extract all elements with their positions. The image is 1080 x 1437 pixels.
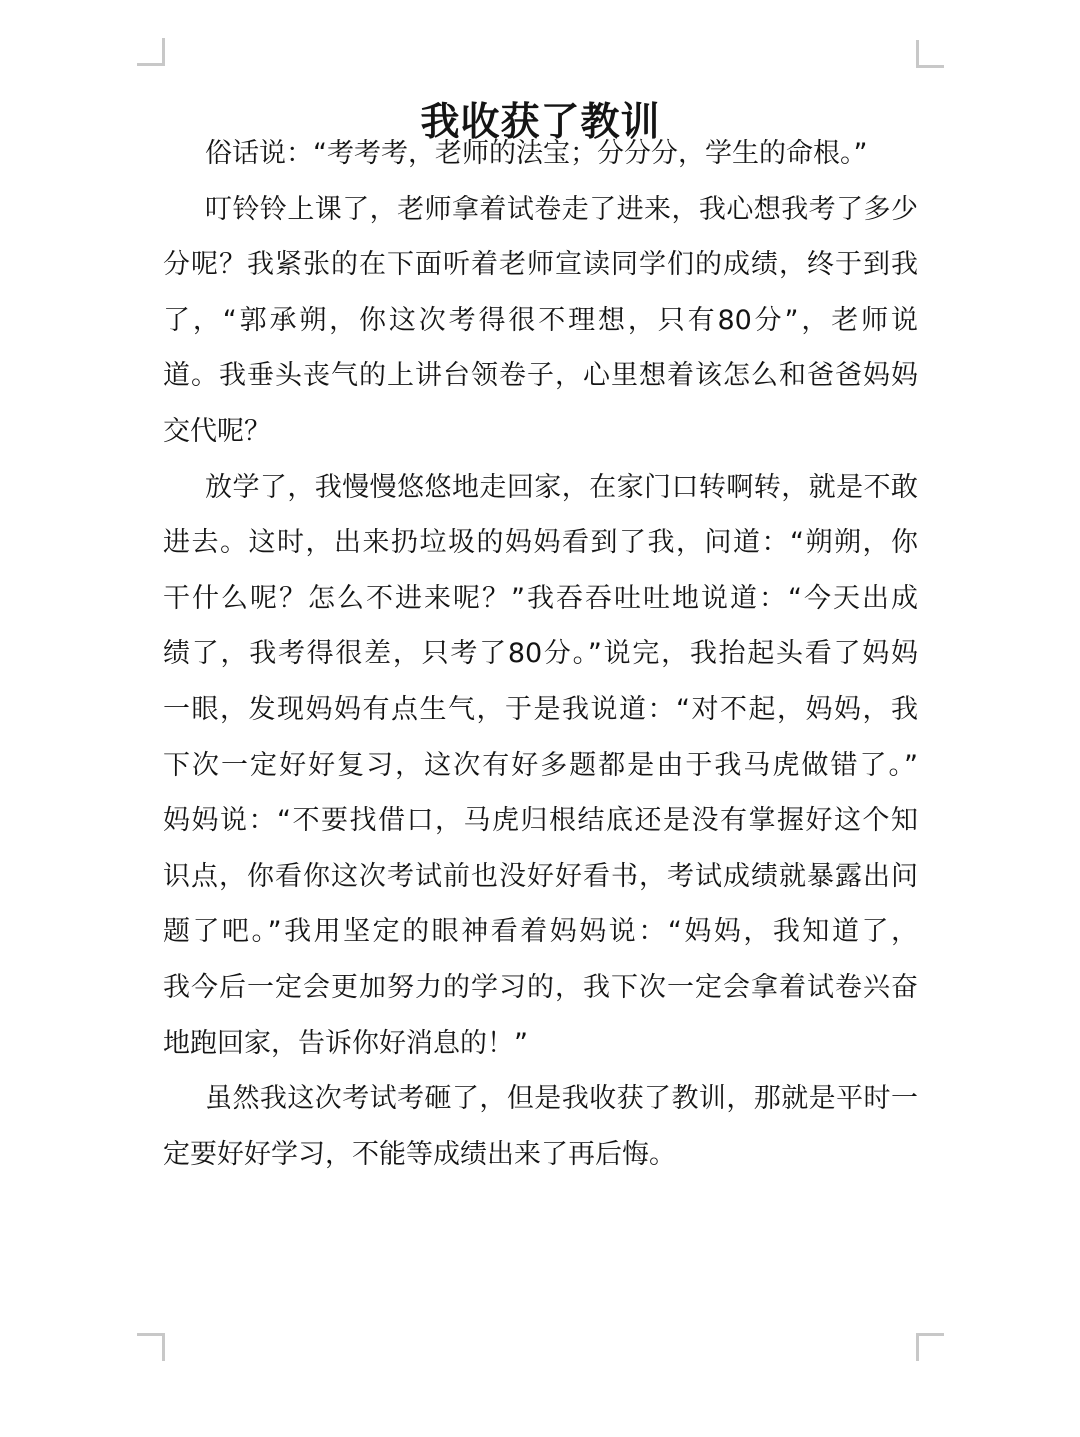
text-line: 俗话说：“考考考，老师的法宝；分分分，学生的命根。” [163, 126, 918, 182]
text-line: 我今后一定会更加努力的学习的，我下次一定会拿着试卷兴奋 [163, 960, 918, 1016]
text-line: 道。我垂头丧气的上讲台领卷子，心里想着该怎么和爸爸妈妈 [163, 348, 918, 404]
crop-mark-top-right-icon [916, 40, 944, 68]
document-page: 我收获了教训 俗话说：“考考考，老师的法宝；分分分，学生的命根。” 叮铃铃上课了… [0, 0, 1080, 1437]
paragraph-4: 虽然我这次考试考砸了，但是我收获了教训，那就是平时一 定要好好学习，不能等成绩出… [163, 1071, 918, 1182]
text-line: 了，“郭承朔，你这次考得很不理想，只有80分”，老师说 [163, 293, 918, 349]
text-line: 定要好好学习，不能等成绩出来了再后悔。 [163, 1127, 918, 1183]
crop-mark-bottom-left-icon [137, 1333, 165, 1361]
text-line: 绩了，我考得很差，只考了80分。”说完，我抬起头看了妈妈 [163, 626, 918, 682]
text-line: 妈妈说：“不要找借口，马虎归根结底还是没有掌握好这个知 [163, 793, 918, 849]
text-line: 识点，你看你这次考试前也没好好看书，考试成绩就暴露出问 [163, 849, 918, 905]
document-body: 俗话说：“考考考，老师的法宝；分分分，学生的命根。” 叮铃铃上课了，老师拿着试卷… [163, 126, 918, 1182]
text-line: 干什么呢？怎么不进来呢？”我吞吞吐吐地说道：“今天出成 [163, 571, 918, 627]
text-line: 虽然我这次考试考砸了，但是我收获了教训，那就是平时一 [163, 1071, 918, 1127]
paragraph-1: 俗话说：“考考考，老师的法宝；分分分，学生的命根。” [163, 126, 918, 182]
text-line: 题了吧。”我用坚定的眼神看着妈妈说：“妈妈，我知道了， [163, 904, 918, 960]
paragraph-2: 叮铃铃上课了，老师拿着试卷走了进来，我心想我考了多少 分呢？我紧张的在下面听着老… [163, 182, 918, 460]
text-line: 下次一定好好复习，这次有好多题都是由于我马虎做错了。” [163, 738, 918, 794]
text-line: 叮铃铃上课了，老师拿着试卷走了进来，我心想我考了多少 [163, 182, 918, 238]
text-line: 地跑回家，告诉你好消息的！” [163, 1016, 918, 1072]
crop-mark-top-left-icon [137, 38, 165, 66]
text-line: 进去。这时，出来扔垃圾的妈妈看到了我，问道：“朔朔，你 [163, 515, 918, 571]
text-line: 分呢？我紧张的在下面听着老师宣读同学们的成绩，终于到我 [163, 237, 918, 293]
crop-mark-bottom-right-icon [916, 1333, 944, 1361]
text-line: 放学了，我慢慢悠悠地走回家，在家门口转啊转，就是不敢 [163, 460, 918, 516]
text-line: 交代呢？ [163, 404, 918, 460]
paragraph-3: 放学了，我慢慢悠悠地走回家，在家门口转啊转，就是不敢 进去。这时，出来扔垃圾的妈… [163, 460, 918, 1072]
text-line: 一眼，发现妈妈有点生气，于是我说道：“对不起，妈妈，我 [163, 682, 918, 738]
